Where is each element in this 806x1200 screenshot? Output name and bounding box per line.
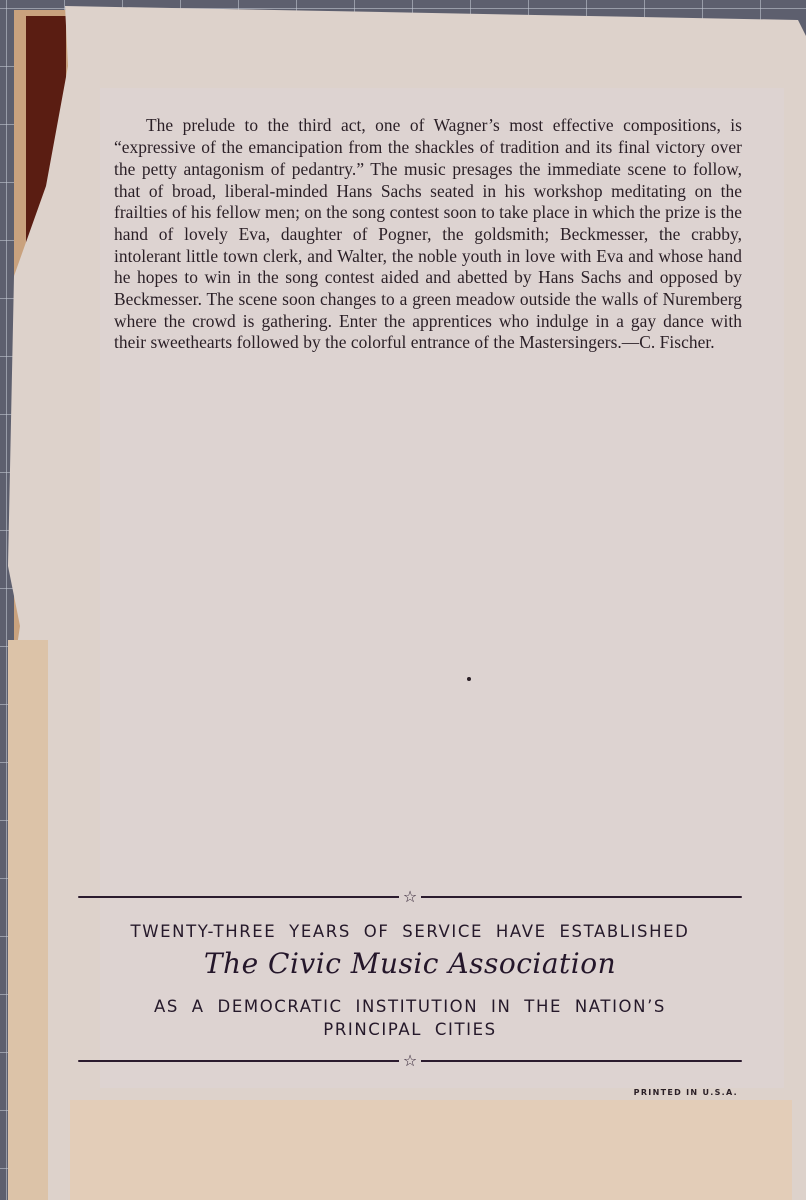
rule-bar-left [78,1060,399,1062]
program-note-paragraph: The prelude to the third act, one of Wag… [114,115,742,354]
rule-bar-right [421,1060,742,1062]
ornamental-rule-bottom: ☆ [78,1054,742,1068]
ad-line-principal-cities: PRINCIPAL CITIES [78,1020,742,1039]
paper-speck [467,677,471,681]
page-left-discoloration [8,640,48,1200]
rule-bar-right [421,896,742,898]
page-bottom-band [70,1100,792,1200]
ad-organization-name: The Civic Music Association [78,947,742,980]
ad-line-democratic-institution: AS A DEMOCRATIC INSTITUTION IN THE NATIO… [78,997,742,1016]
printed-in-usa-imprint: PRINTED IN U.S.A. [560,1088,738,1097]
star-icon: ☆ [399,890,421,904]
star-icon: ☆ [399,1054,421,1068]
ornamental-rule-top: ☆ [78,890,742,904]
ad-line-years-of-service: TWENTY-THREE YEARS OF SERVICE HAVE ESTAB… [78,922,742,941]
rule-bar-left [78,896,399,898]
